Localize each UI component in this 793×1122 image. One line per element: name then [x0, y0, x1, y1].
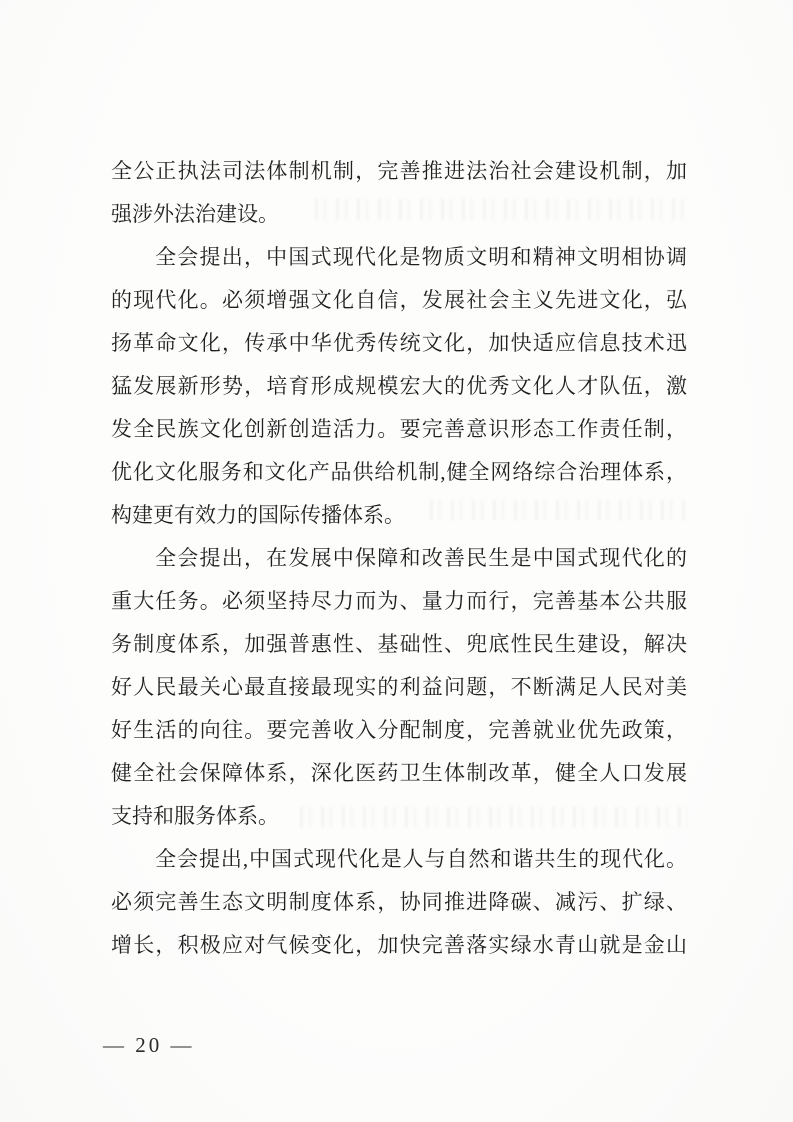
text-line: 好生活的向往。要完善收入分配制度，完善就业优先政策，	[111, 709, 687, 752]
text-line: 优化文化服务和文化产品供给机制,健全网络综合治理体系，	[111, 451, 687, 494]
text-line: 发全民族文化创新创造活力。要完善意识形态工作责任制，	[111, 408, 687, 451]
paragraph: 全会提出，中国式现代化是物质文明和精神文明相协调 的现代化。必须增强文化自信，发…	[111, 236, 687, 537]
text-line: 构建更有效力的国际传播体系。	[111, 494, 687, 537]
text-line: 重大任务。必须坚持尽力而为、量力而行，完善基本公共服	[111, 580, 687, 623]
paragraph: 全会提出,中国式现代化是人与自然和谐共生的现代化。 必须完善生态文明制度体系，协…	[111, 838, 687, 967]
text-line: 的现代化。必须增强文化自信，发展社会主义先进文化，弘	[111, 279, 687, 322]
text-line: 增长，积极应对气候变化，加快完善落实绿水青山就是金山	[111, 924, 687, 967]
document-body-text: 全公正执法司法体制机制，完善推进法治社会建设机制，加 强涉外法治建设。 全会提出…	[111, 150, 687, 967]
text-line: 强涉外法治建设。	[111, 193, 687, 236]
text-line: 健全社会保障体系，深化医药卫生体制改革，健全人口发展	[111, 752, 687, 795]
text-line: 全会提出,中国式现代化是人与自然和谐共生的现代化。	[111, 838, 687, 881]
text-line: 全会提出，在发展中保障和改善民生是中国式现代化的	[111, 537, 687, 580]
text-line: 务制度体系，加强普惠性、基础性、兜底性民生建设，解决	[111, 623, 687, 666]
text-line: 猛发展新形势，培育形成规模宏大的优秀文化人才队伍，激	[111, 365, 687, 408]
document-page: 全公正执法司法体制机制，完善推进法治社会建设机制，加 强涉外法治建设。 全会提出…	[0, 0, 793, 1122]
text-line: 必须完善生态文明制度体系，协同推进降碳、减污、扩绿、	[111, 881, 687, 924]
text-line: 扬革命文化，传承中华优秀传统文化，加快适应信息技术迅	[111, 322, 687, 365]
paragraph: 全公正执法司法体制机制，完善推进法治社会建设机制，加 强涉外法治建设。	[111, 150, 687, 236]
text-line: 支持和服务体系。	[111, 795, 687, 838]
text-line: 全公正执法司法体制机制，完善推进法治社会建设机制，加	[111, 150, 687, 193]
paragraph: 全会提出，在发展中保障和改善民生是中国式现代化的 重大任务。必须坚持尽力而为、量…	[111, 537, 687, 838]
text-line: 全会提出，中国式现代化是物质文明和精神文明相协调	[111, 236, 687, 279]
text-line: 好人民最关心最直接最现实的利益问题，不断满足人民对美	[111, 666, 687, 709]
page-number: — 20 —	[103, 1033, 195, 1058]
